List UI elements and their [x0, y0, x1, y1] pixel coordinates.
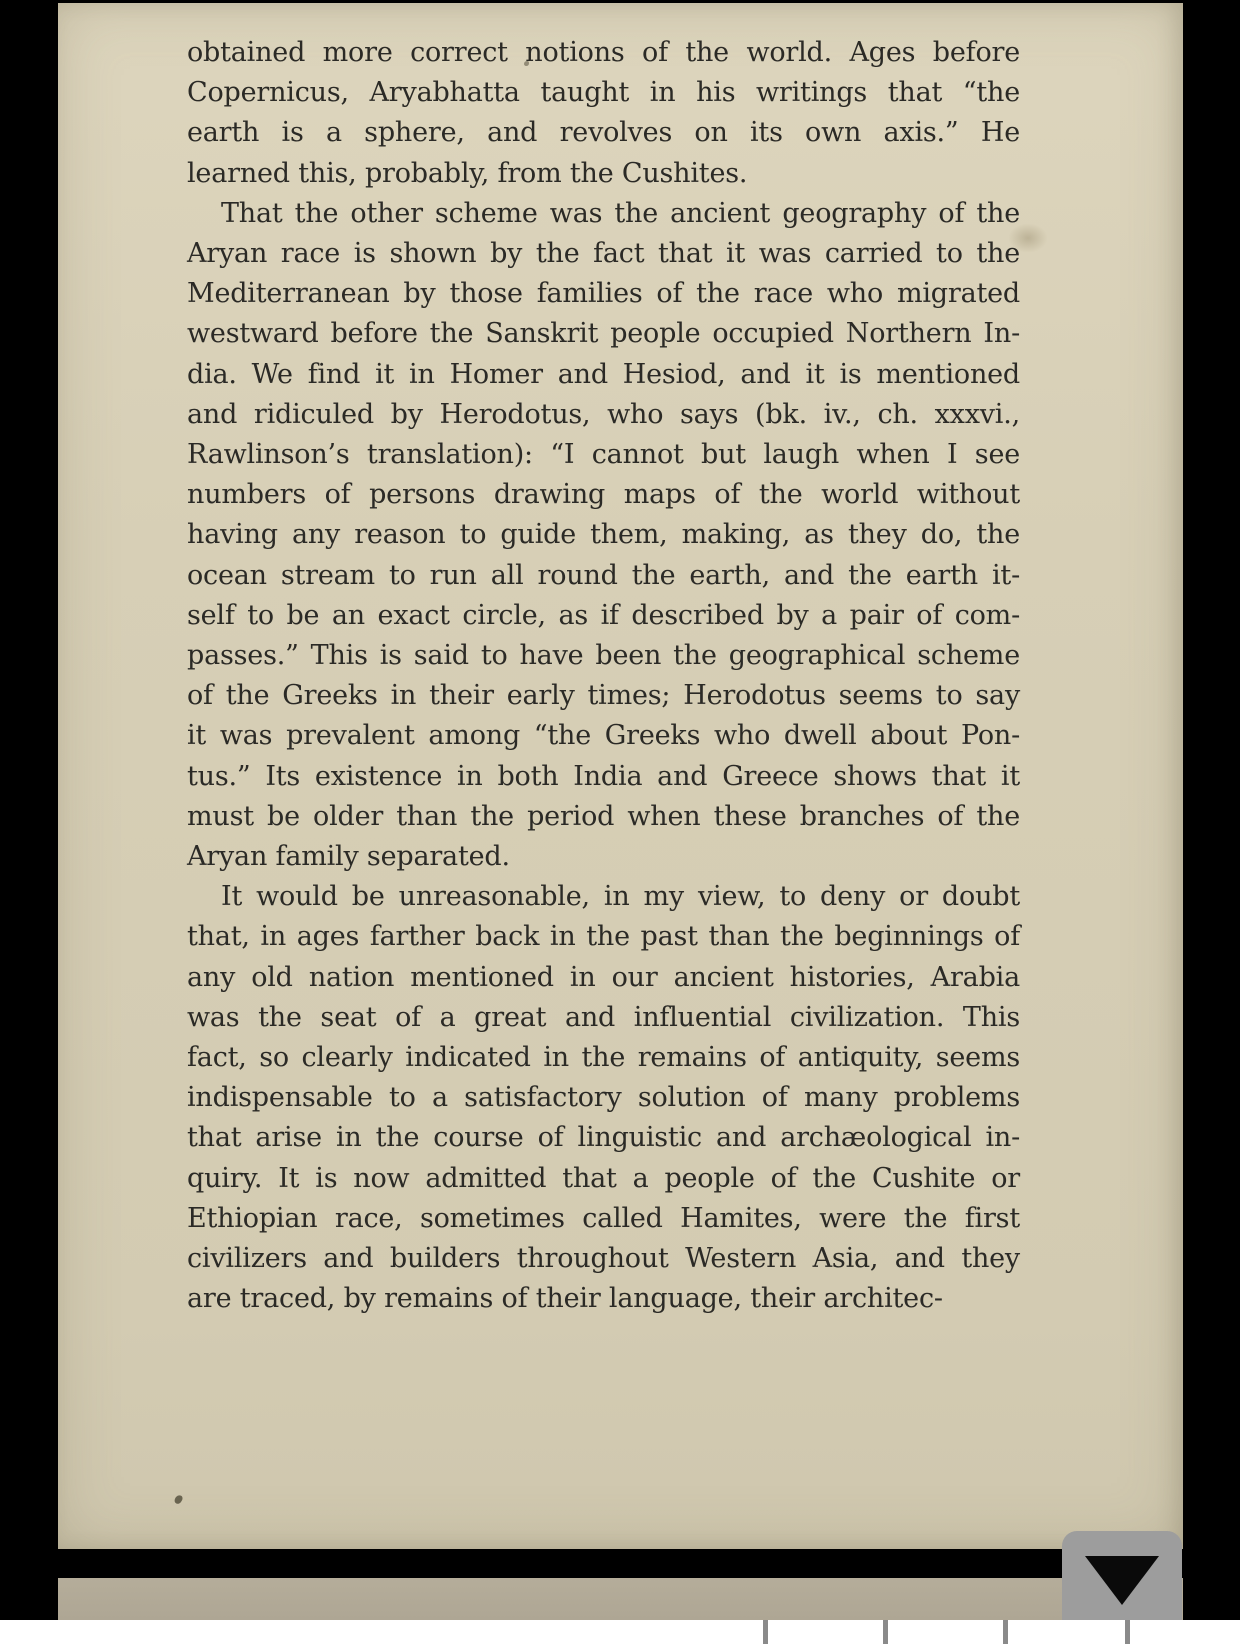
next-page-preview: [58, 1578, 1183, 1620]
text-line: earth is a sphere, and revolves on its o…: [187, 113, 1020, 153]
page-text: obtained more correct notions of the wor…: [187, 33, 1020, 1320]
text-line: numbers of persons drawing maps of the w…: [187, 475, 1020, 515]
bottom-bar: [0, 1620, 1240, 1644]
bottom-bar-tick: [1003, 1620, 1008, 1644]
text-line: must be older than the period when these…: [187, 797, 1020, 837]
text-line: tus.” Its existence in both India and Gr…: [187, 757, 1020, 797]
bottom-bar-tick: [883, 1620, 888, 1644]
text-line: civilizers and builders throughout Weste…: [187, 1239, 1020, 1279]
text-line: quiry. It is now admitted that a people …: [187, 1159, 1020, 1199]
bottom-bar-tick: [763, 1620, 768, 1644]
text-line: it was prevalent among “the Greeks who d…: [187, 716, 1020, 756]
text-line: passes.” This is said to have been the g…: [187, 636, 1020, 676]
text-line: Aryan race is shown by the fact that it …: [187, 234, 1020, 274]
text-line: of the Greeks in their early times; Hero…: [187, 676, 1020, 716]
text-line: Rawlinson’s translation): “I cannot but …: [187, 435, 1020, 475]
text-line: Aryan family separated.: [187, 837, 1020, 877]
text-line: Mediterranean by those families of the r…: [187, 274, 1020, 314]
text-line: fact, so clearly indicated in the remain…: [187, 1038, 1020, 1078]
page-scan: obtained more correct notions of the wor…: [58, 3, 1183, 1549]
text-line: are traced, by remains of their language…: [187, 1279, 1020, 1319]
text-line: indispensable to a satisfactory solution…: [187, 1078, 1020, 1118]
bottom-bar-tick: [1125, 1620, 1130, 1644]
text-line: dia. We find it in Homer and Hesiod, and…: [187, 355, 1020, 395]
text-line: westward before the Sanskrit people occu…: [187, 314, 1020, 354]
text-line: was the seat of a great and influential …: [187, 998, 1020, 1038]
text-line: Ethiopian race, sometimes called Hamites…: [187, 1199, 1020, 1239]
text-line: self to be an exact circle, as if descri…: [187, 596, 1020, 636]
text-line: That the other scheme was the ancient ge…: [187, 194, 1020, 234]
text-line: that arise in the course of linguistic a…: [187, 1118, 1020, 1158]
text-line: ocean stream to run all round the earth,…: [187, 556, 1020, 596]
viewer-background: { "viewer": { "background_color": "#0000…: [0, 0, 1240, 1644]
scan-smudge: [1008, 223, 1048, 253]
text-line: having any reason to guide them, making,…: [187, 515, 1020, 555]
text-line: obtained more correct notions of the wor…: [187, 33, 1020, 73]
text-line: any old nation mentioned in our ancient …: [187, 958, 1020, 998]
scroll-down-button[interactable]: [1062, 1531, 1182, 1620]
scan-speck: [173, 1494, 183, 1505]
scroll-down-icon: [1085, 1556, 1159, 1605]
text-line: It would be unreasonable, in my view, to…: [187, 877, 1020, 917]
text-line: Copernicus, Aryabhatta taught in his wri…: [187, 73, 1020, 113]
text-line: that, in ages farther back in the past t…: [187, 917, 1020, 957]
text-line: learned this, probably, from the Cushite…: [187, 154, 1020, 194]
text-line: and ridiculed by Herodotus, who says (bk…: [187, 395, 1020, 435]
